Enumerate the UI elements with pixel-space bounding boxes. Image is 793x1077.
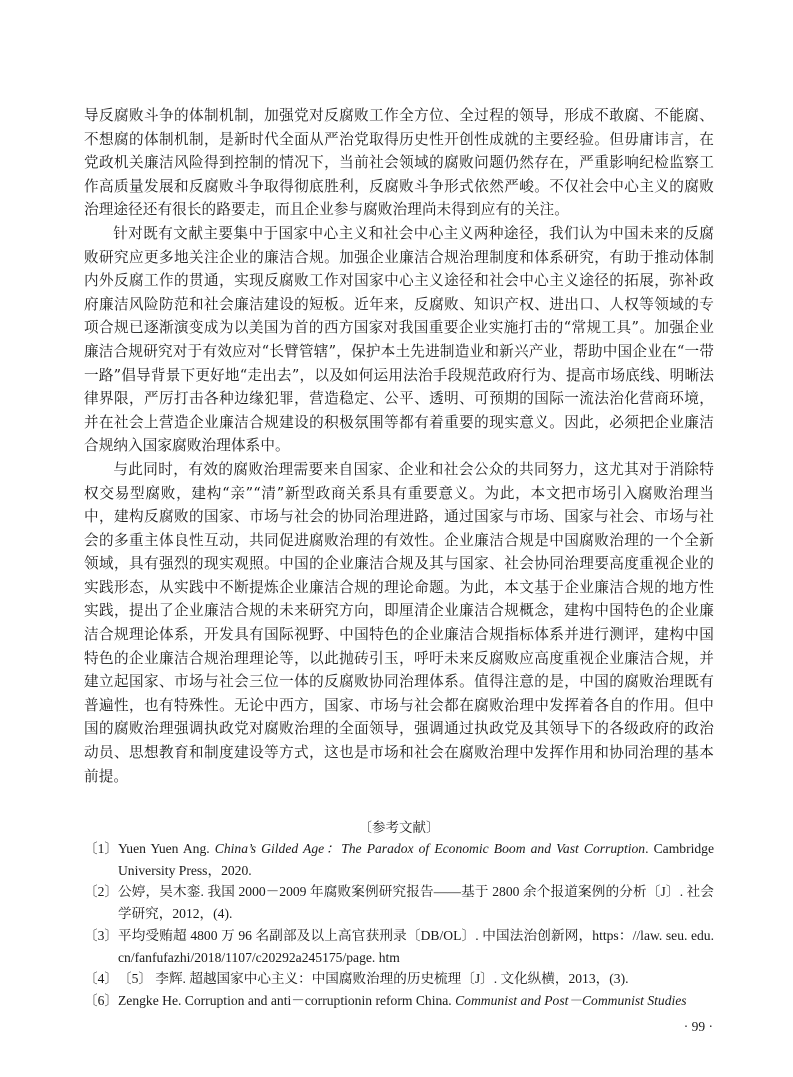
paragraph-3: 与此同时，有效的腐败治理需要来自国家、企业和社会公众的共同努力，这尤其对于消除特…	[84, 458, 714, 788]
references-list: 〔1〕 Yuen Yuen Ang. China’s Gilded Age：Th…	[84, 838, 714, 1012]
reference-text: 平均受贿超 4800 万 96 名副部及以上高官获刑录〔DB/OL〕. 中国法治…	[118, 925, 714, 968]
reference-item: 〔1〕 Yuen Yuen Ang. China’s Gilded Age：Th…	[84, 838, 714, 881]
reference-item: 〔4〕 〔5〕 李辉. 超越国家中心主义：中国腐败治理的历史梳理〔J〕. 文化纵…	[84, 968, 714, 990]
reference-number: 〔1〕	[84, 838, 118, 881]
references-heading: 〔参考文献〕	[84, 818, 714, 838]
reference-number: 〔2〕	[84, 881, 118, 924]
reference-number: 〔4〕	[84, 968, 118, 990]
paragraph-1: 导反腐败斗争的体制机制，加强党对反腐败工作全方位、全过程的领导，形成不敢腐、不能…	[84, 104, 714, 222]
page-number: · 99 ·	[684, 1017, 713, 1037]
body-text: 导反腐败斗争的体制机制，加强党对反腐败工作全方位、全过程的领导，形成不敢腐、不能…	[84, 104, 714, 788]
reference-text: 公婷，吴木銮. 我国 2000－2009 年腐败案例研究报告——基于 2800 …	[118, 881, 714, 924]
reference-text: Yuen Yuen Ang. China’s Gilded Age：The Pa…	[118, 838, 714, 881]
reference-title: China’s Gilded Age：The Paradox of Econom…	[215, 841, 645, 856]
reference-author-title: Zengke He. Corruption and anti－corruptio…	[118, 993, 455, 1008]
reference-item: 〔3〕 平均受贿超 4800 万 96 名副部及以上高官获刑录〔DB/OL〕. …	[84, 925, 714, 968]
reference-item: 〔2〕 公婷，吴木銮. 我国 2000－2009 年腐败案例研究报告——基于 2…	[84, 881, 714, 924]
document-page: 导反腐败斗争的体制机制，加强党对反腐败工作全方位、全过程的领导，形成不敢腐、不能…	[0, 0, 793, 1077]
reference-number: 〔3〕	[84, 925, 118, 968]
reference-journal: Communist and Post－Communist Studies	[455, 993, 687, 1008]
reference-number: 〔6〕	[84, 990, 118, 1012]
reference-item: 〔6〕 Zengke He. Corruption and anti－corru…	[84, 990, 714, 1012]
reference-text: 〔5〕 李辉. 超越国家中心主义：中国腐败治理的历史梳理〔J〕. 文化纵横，20…	[118, 968, 714, 990]
reference-text: Zengke He. Corruption and anti－corruptio…	[118, 990, 714, 1012]
paragraph-2: 针对既有文献主要集中于国家中心主义和社会中心主义两种途径，我们认为中国未来的反腐…	[84, 222, 714, 458]
reference-author: Yuen Yuen Ang.	[118, 841, 215, 856]
